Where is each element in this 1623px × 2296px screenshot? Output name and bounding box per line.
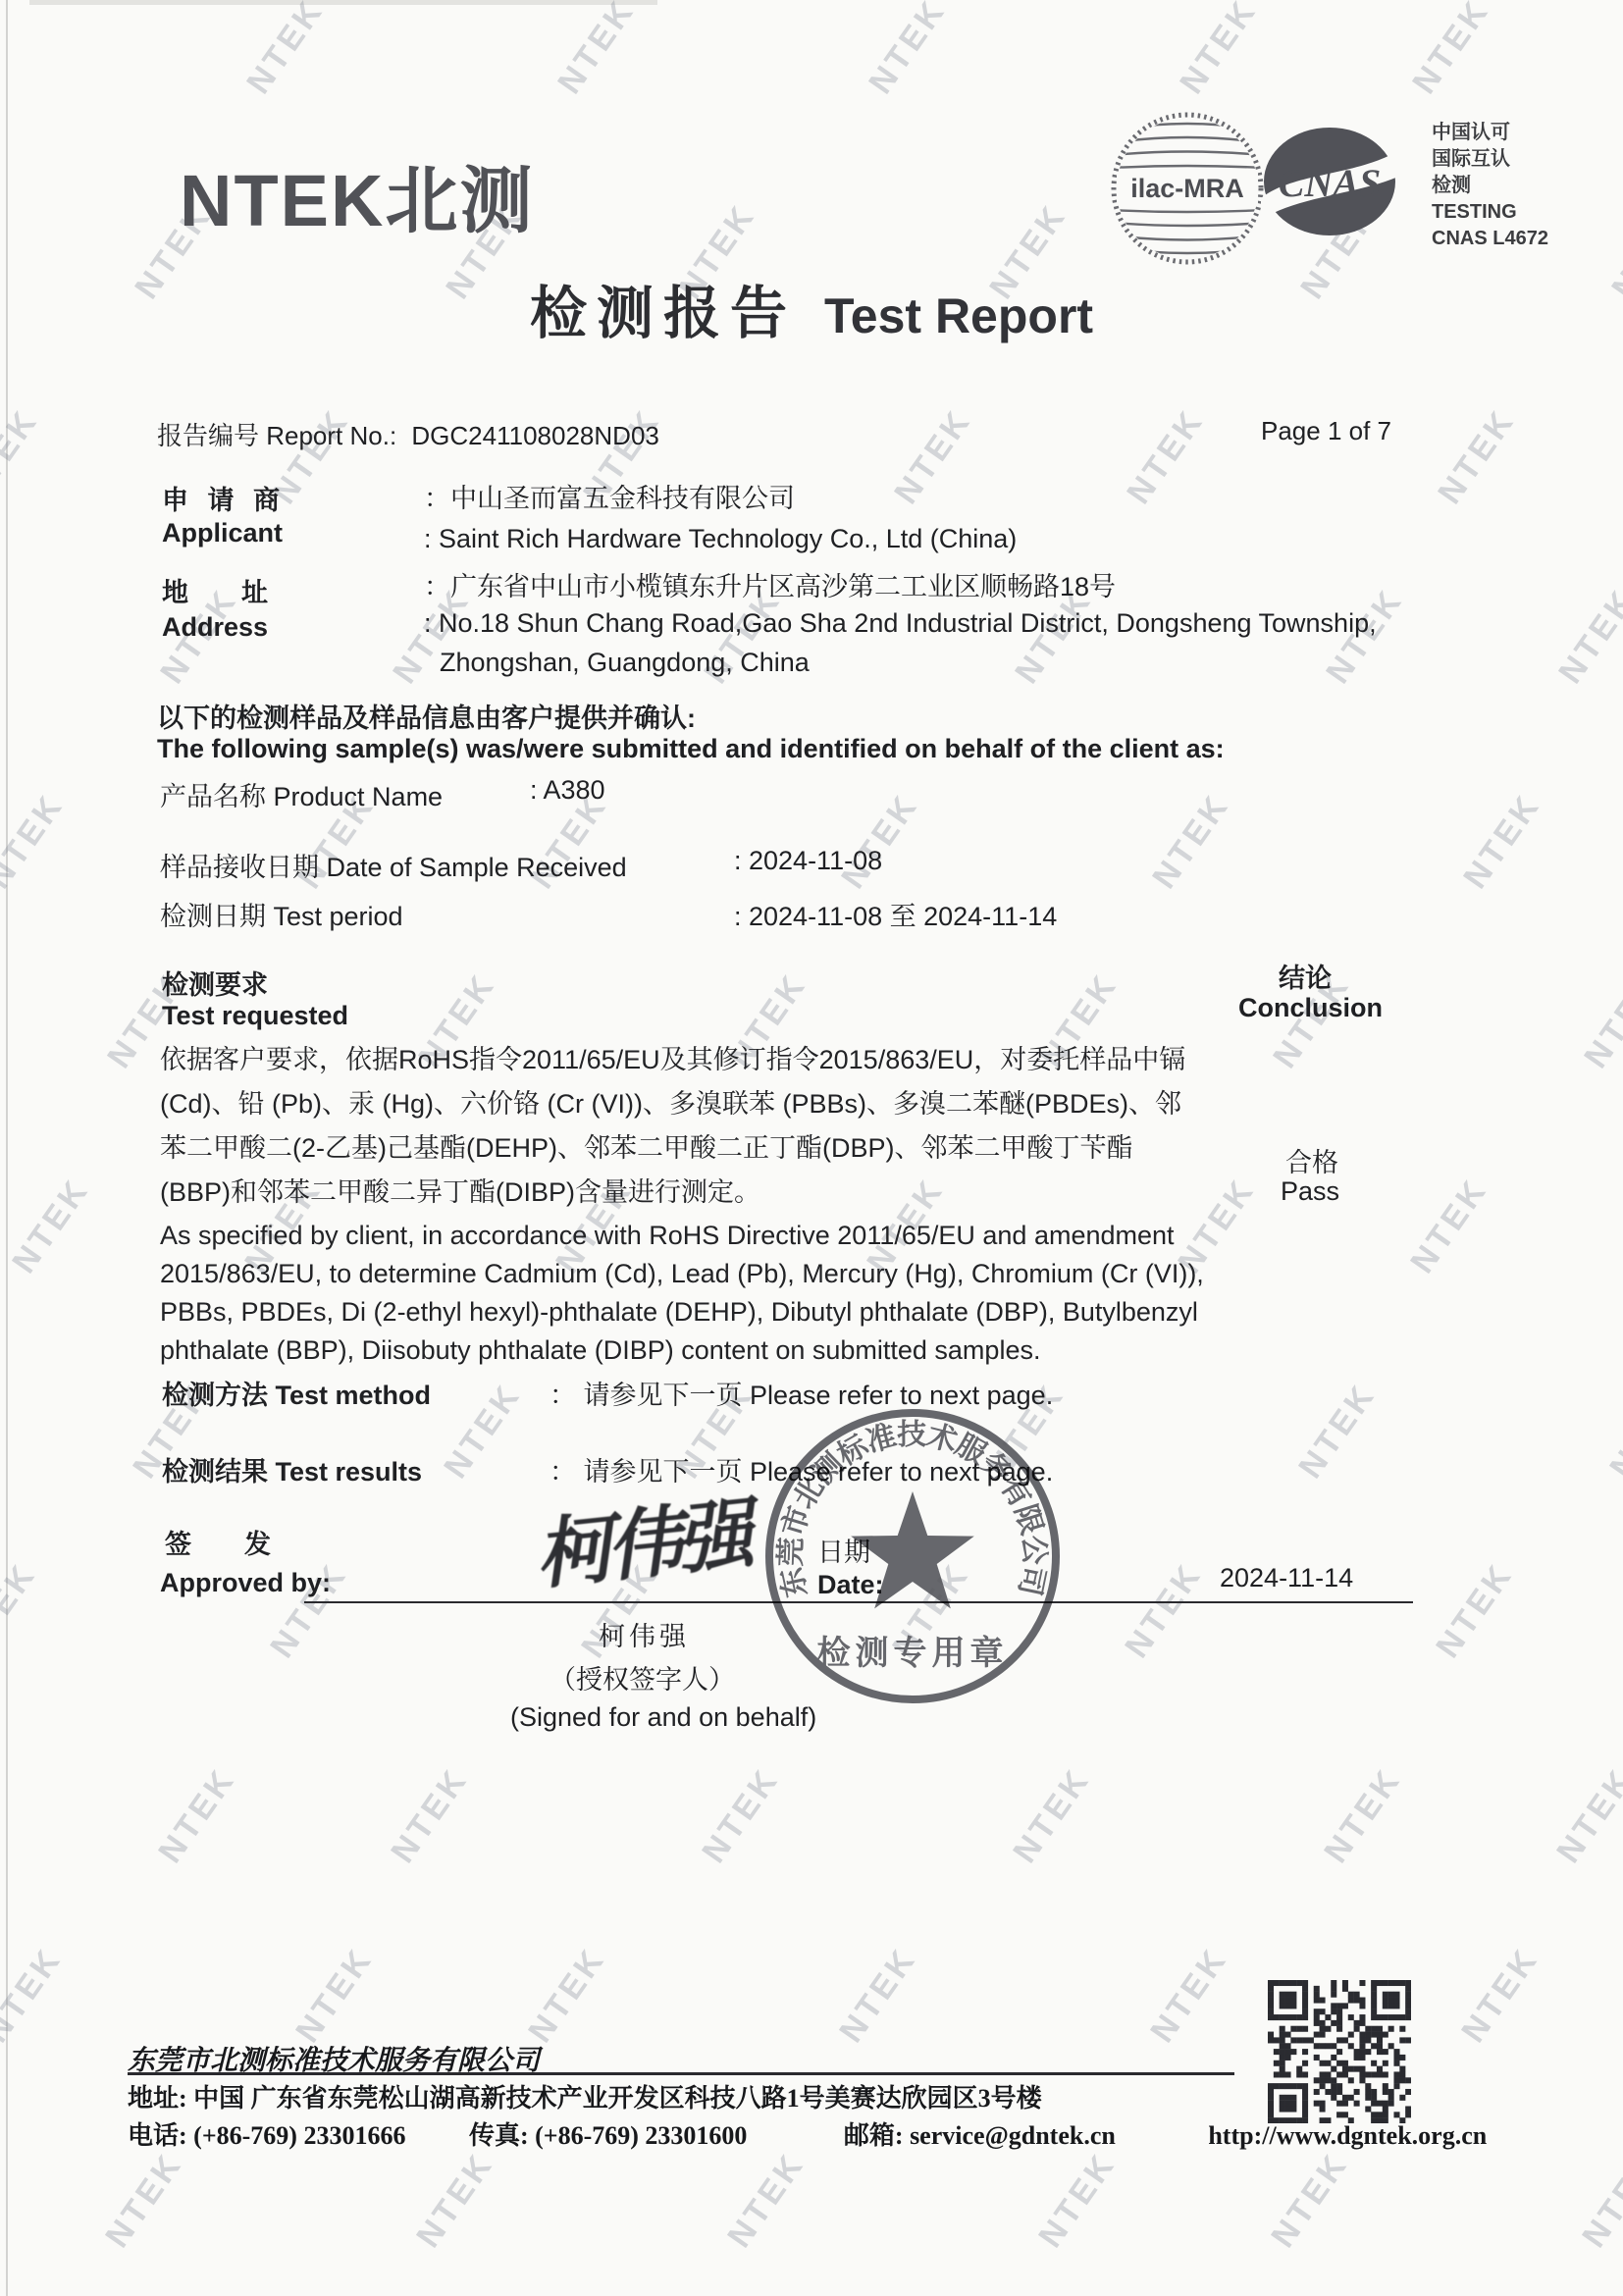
approved-label-zh: 签 发 bbox=[165, 1523, 271, 1561]
approved-label-en: Approved by: bbox=[160, 1568, 331, 1598]
product-name-label: 产品名称 Product Name bbox=[160, 775, 443, 813]
applicant-label-zh: 申 请 商 bbox=[162, 479, 286, 517]
report-number-row: 报告编号 Report No.: DGC241108028ND03 bbox=[157, 416, 659, 452]
date-value: 2024-11-14 bbox=[1220, 1563, 1353, 1593]
address-value-en-2: Zhongshan, Guangdong, China bbox=[440, 648, 810, 678]
test-requested-heading-en: Test requested bbox=[162, 1001, 348, 1031]
test-report-page: NTEKNTEKNTEKNTEKNTEKNTEKNTEKNTEKNTEKNTEK… bbox=[0, 0, 1623, 2296]
footer-website: http://www.dgntek.org.cn bbox=[1208, 2121, 1487, 2150]
test-requested-body-zh: 依据客户要求，依据RoHS指令2011/65/EU及其修订指令2015/863/… bbox=[160, 1038, 1200, 1215]
sample-received-value: : 2024-11-08 bbox=[734, 846, 882, 876]
signer-role-zh: （授权签字人） bbox=[550, 1658, 735, 1696]
address-value-en-1: : No.18 Shun Chang Road,Gao Sha 2nd Indu… bbox=[424, 608, 1377, 639]
address-label-zh: 地 址 bbox=[162, 571, 268, 609]
footer-address: 地址: 中国 广东省东莞松山湖高新技术产业开发区科技八路1号美赛达欣园区3号楼 bbox=[128, 2078, 1042, 2114]
stamp-caption: 检测专用章 bbox=[817, 1634, 1009, 1672]
test-period-value: : 2024-11-08 至 2024-11-14 bbox=[734, 895, 1057, 933]
applicant-value-en: : Saint Rich Hardware Technology Co., Lt… bbox=[424, 524, 1017, 554]
ilac-mra-mark: ilac-MRA bbox=[1107, 108, 1268, 274]
footer-contact-row: 电话: (+86-769) 23301666 传真: (+86-769) 233… bbox=[128, 2115, 1487, 2152]
qr-code bbox=[1268, 1980, 1411, 2128]
sample-intro-zh: 以下的检测样品及样品信息由客户提供并确认: bbox=[157, 697, 696, 735]
accreditation-line: 中国认可 bbox=[1432, 120, 1548, 146]
accreditation-line: 国际互认 bbox=[1432, 146, 1548, 173]
stamp-star-icon bbox=[851, 1491, 974, 1608]
test-period-label: 检测日期 Test period bbox=[160, 895, 403, 933]
conclusion-heading-zh: 结论 bbox=[1279, 957, 1332, 995]
accreditation-text: 中国认可 国际互认 检测 TESTING CNAS L4672 bbox=[1432, 120, 1548, 252]
company-seal-stamp: 东莞市北测标准技术服务有限公司 检测专用章 bbox=[754, 1397, 1072, 1715]
report-number-value: DGC241108028ND03 bbox=[411, 421, 658, 450]
signer-name: 柯伟强 bbox=[599, 1615, 690, 1653]
conclusion-value-en: Pass bbox=[1281, 1176, 1339, 1207]
product-name-value: : A380 bbox=[530, 775, 605, 806]
page-indicator: Page 1 of 7 bbox=[1261, 416, 1391, 446]
sample-received-label: 样品接收日期 Date of Sample Received bbox=[160, 846, 627, 884]
conclusion-heading-en: Conclusion bbox=[1238, 993, 1383, 1023]
report-title-en: Test Report bbox=[824, 287, 1093, 344]
report-title: 检测报告 Test Report bbox=[0, 267, 1623, 349]
accreditation-line: TESTING bbox=[1432, 199, 1548, 226]
report-number-label: 报告编号 Report No.: bbox=[157, 421, 396, 450]
footer-tel: 电话: (+86-769) 23301666 bbox=[128, 2121, 405, 2150]
handwritten-signature: 柯伟强 bbox=[530, 1473, 753, 1604]
sample-intro-en: The following sample(s) was/were submitt… bbox=[157, 734, 1225, 764]
test-method-label: 检测方法 Test method bbox=[162, 1374, 431, 1412]
footer-fax: 传真: (+86-769) 23301600 bbox=[469, 2121, 747, 2150]
test-requested-heading-zh: 检测要求 bbox=[162, 964, 268, 1002]
test-results-label: 检测结果 Test results bbox=[162, 1450, 422, 1488]
cnas-mark: CNAS bbox=[1259, 122, 1400, 246]
cnas-label: CNAS bbox=[1279, 161, 1382, 205]
conclusion-value-zh: 合格 bbox=[1285, 1141, 1338, 1179]
footer-rule bbox=[128, 2072, 1234, 2075]
address-label-en: Address bbox=[162, 612, 268, 643]
applicant-label-en: Applicant bbox=[162, 518, 283, 548]
accreditation-line: CNAS L4672 bbox=[1432, 226, 1548, 252]
report-title-zh: 检测报告 bbox=[530, 267, 797, 349]
accreditation-line: 检测 bbox=[1432, 173, 1548, 199]
ilac-mra-label: ilac-MRA bbox=[1130, 174, 1244, 203]
footer-email: 邮箱: service@gdntek.cn bbox=[844, 2121, 1116, 2150]
applicant-value-zh: ：中山圣而富五金科技有限公司 bbox=[424, 477, 795, 515]
ntek-logo-text: NTEK北测 bbox=[180, 160, 534, 241]
test-requested-body-en: As specified by client, in accordance wi… bbox=[160, 1217, 1225, 1370]
ntek-logo: NTEK北测 bbox=[180, 143, 534, 247]
address-value-zh: ：广东省中山市小榄镇东升片区高沙第二工业区顺畅路18号 bbox=[424, 565, 1116, 603]
